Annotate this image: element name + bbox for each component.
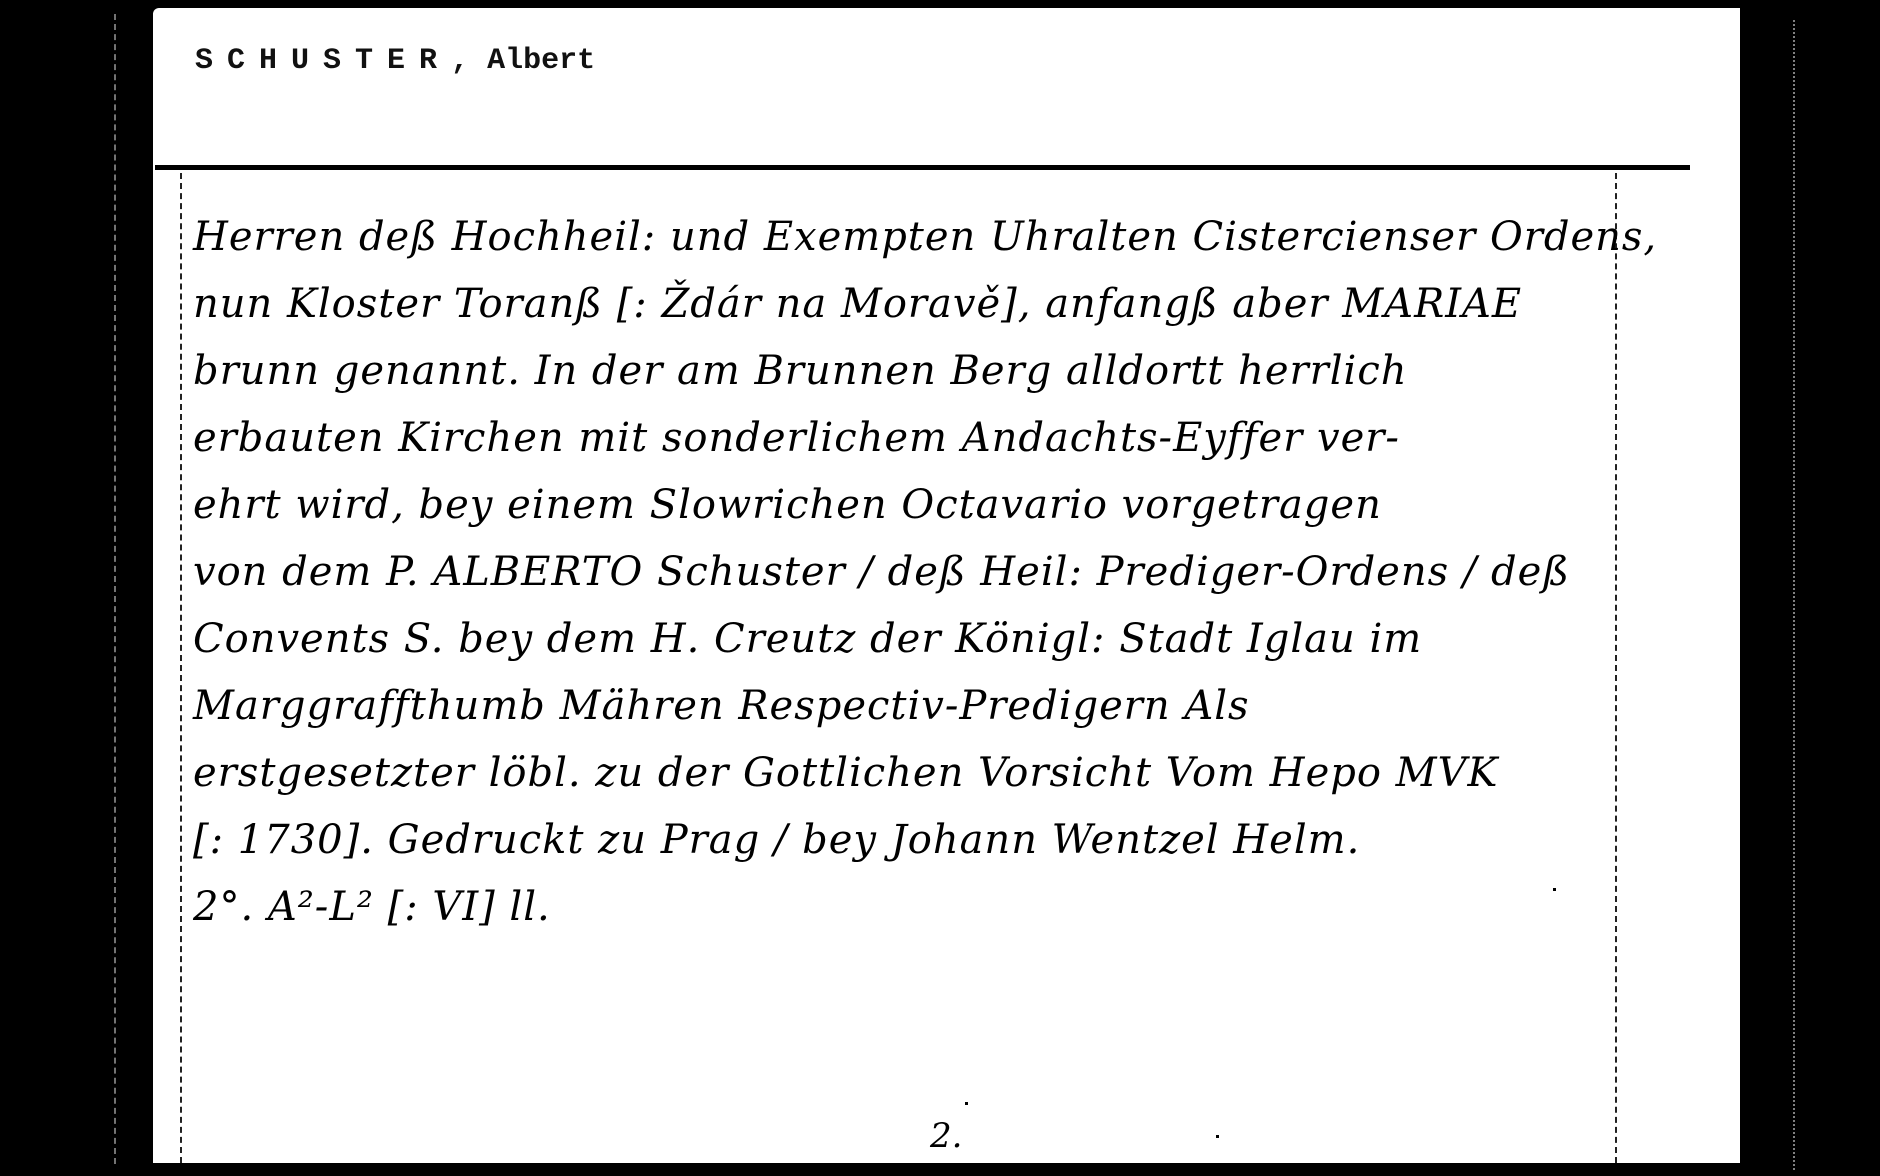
handwritten-entry: Herren deß Hochheil: und Exempten Uhralt… — [193, 204, 1613, 941]
heading-separator: , — [451, 44, 469, 78]
entry-line: nun Kloster Toranß [: Ždár na Moravě], a… — [193, 271, 1613, 338]
catalog-card: SCHUSTER, Albert Herren deß Hochheil: un… — [153, 8, 1740, 1163]
card-heading: SCHUSTER, Albert — [195, 44, 595, 78]
scan-speck — [965, 1102, 968, 1105]
heading-surname: SCHUSTER — [195, 44, 451, 78]
card-sequence-number: 2. — [930, 1116, 962, 1156]
heading-given-name: Albert — [487, 44, 595, 78]
right-margin-line — [1615, 173, 1617, 1163]
entry-line-imprint: [: 1730]. Gedruckt zu Prag / bey Johann … — [193, 807, 1613, 874]
entry-line: ehrt wird, bey einem Slowrichen Octavari… — [193, 472, 1613, 539]
entry-line: von dem P. ALBERTO Schuster / deß Heil: … — [193, 539, 1613, 606]
heading-divider-rule — [155, 165, 1690, 170]
scan-speck — [1216, 1135, 1219, 1138]
entry-line: Marggraffthumb Mähren Respectiv-Prediger… — [193, 673, 1613, 740]
entry-line-collation: 2°. A²-L² [: VI] ll. — [193, 874, 1613, 941]
scan-edge-guide-right — [1793, 20, 1795, 1170]
entry-line: erbauten Kirchen mit sonderlichem Andach… — [193, 405, 1613, 472]
entry-line: erstgesetzter löbl. zu der Gottlichen Vo… — [193, 740, 1613, 807]
entry-line: brunn genannt. In der am Brunnen Berg al… — [193, 338, 1613, 405]
left-margin-line — [180, 173, 182, 1163]
entry-line: Herren deß Hochheil: und Exempten Uhralt… — [193, 204, 1613, 271]
entry-line: Convents S. bey dem H. Creutz der Königl… — [193, 606, 1613, 673]
scan-speck — [1553, 888, 1556, 891]
scan-edge-guide-left — [114, 14, 116, 1164]
